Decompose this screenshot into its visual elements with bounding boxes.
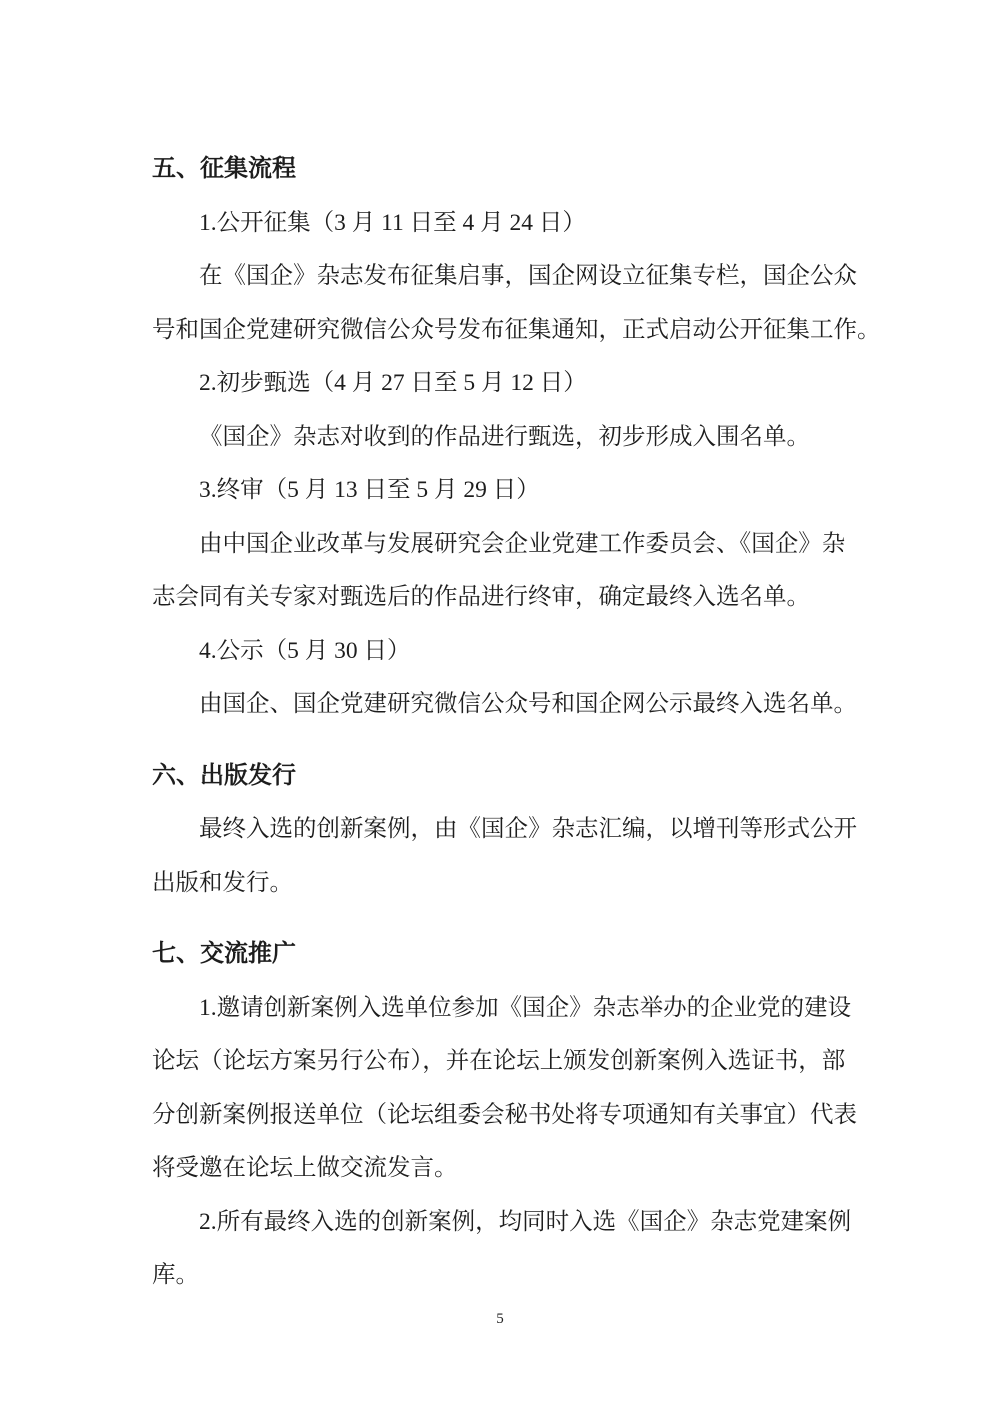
paragraph: 1.邀请创新案例入选单位参加《国企》杂志举办的企业党的建设 论坛（论坛方案另行公… [152,982,888,1196]
paragraph: 在《国企》杂志发布征集启事，国企网设立征集专栏，国企公众 号和国企党建研究微信公… [152,250,888,357]
paragraph: 最终入选的创新案例，由《国企》杂志汇编，以增刊等形式公开 出版和发行。 [152,803,888,910]
paragraph: 4.公示（5 月 30 日） [152,625,888,679]
section-collection-process: 五、征集流程 1.公开征集（3 月 11 日至 4 月 24 日） 在《国企》杂… [152,143,888,732]
document-body: 五、征集流程 1.公开征集（3 月 11 日至 4 月 24 日） 在《国企》杂… [152,143,888,1303]
paragraph: 3.终审（5 月 13 日至 5 月 29 日） [152,464,888,518]
document-page: 五、征集流程 1.公开征集（3 月 11 日至 4 月 24 日） 在《国企》杂… [0,0,1000,1414]
paragraph: 由中国企业改革与发展研究会企业党建工作委员会、《国企》杂 志会同有关专家对甄选后… [152,518,888,625]
section-heading: 六、出版发行 [152,750,888,804]
section-exchange-promotion: 七、交流推广 1.邀请创新案例入选单位参加《国企》杂志举办的企业党的建设 论坛（… [152,928,888,1303]
section-publication: 六、出版发行 最终入选的创新案例，由《国企》杂志汇编，以增刊等形式公开 出版和发… [152,750,888,911]
section-heading: 七、交流推广 [152,928,888,982]
paragraph: 《国企》杂志对收到的作品进行甄选，初步形成入围名单。 [152,411,888,465]
section-heading: 五、征集流程 [152,143,888,197]
paragraph: 2.初步甄选（4 月 27 日至 5 月 12 日） [152,357,888,411]
page-number: 5 [0,1308,1000,1330]
paragraph: 2.所有最终入选的创新案例，均同时入选《国企》杂志党建案例 库。 [152,1196,888,1303]
paragraph: 1.公开征集（3 月 11 日至 4 月 24 日） [152,197,888,251]
paragraph: 由国企、国企党建研究微信公众号和国企网公示最终入选名单。 [152,678,888,732]
